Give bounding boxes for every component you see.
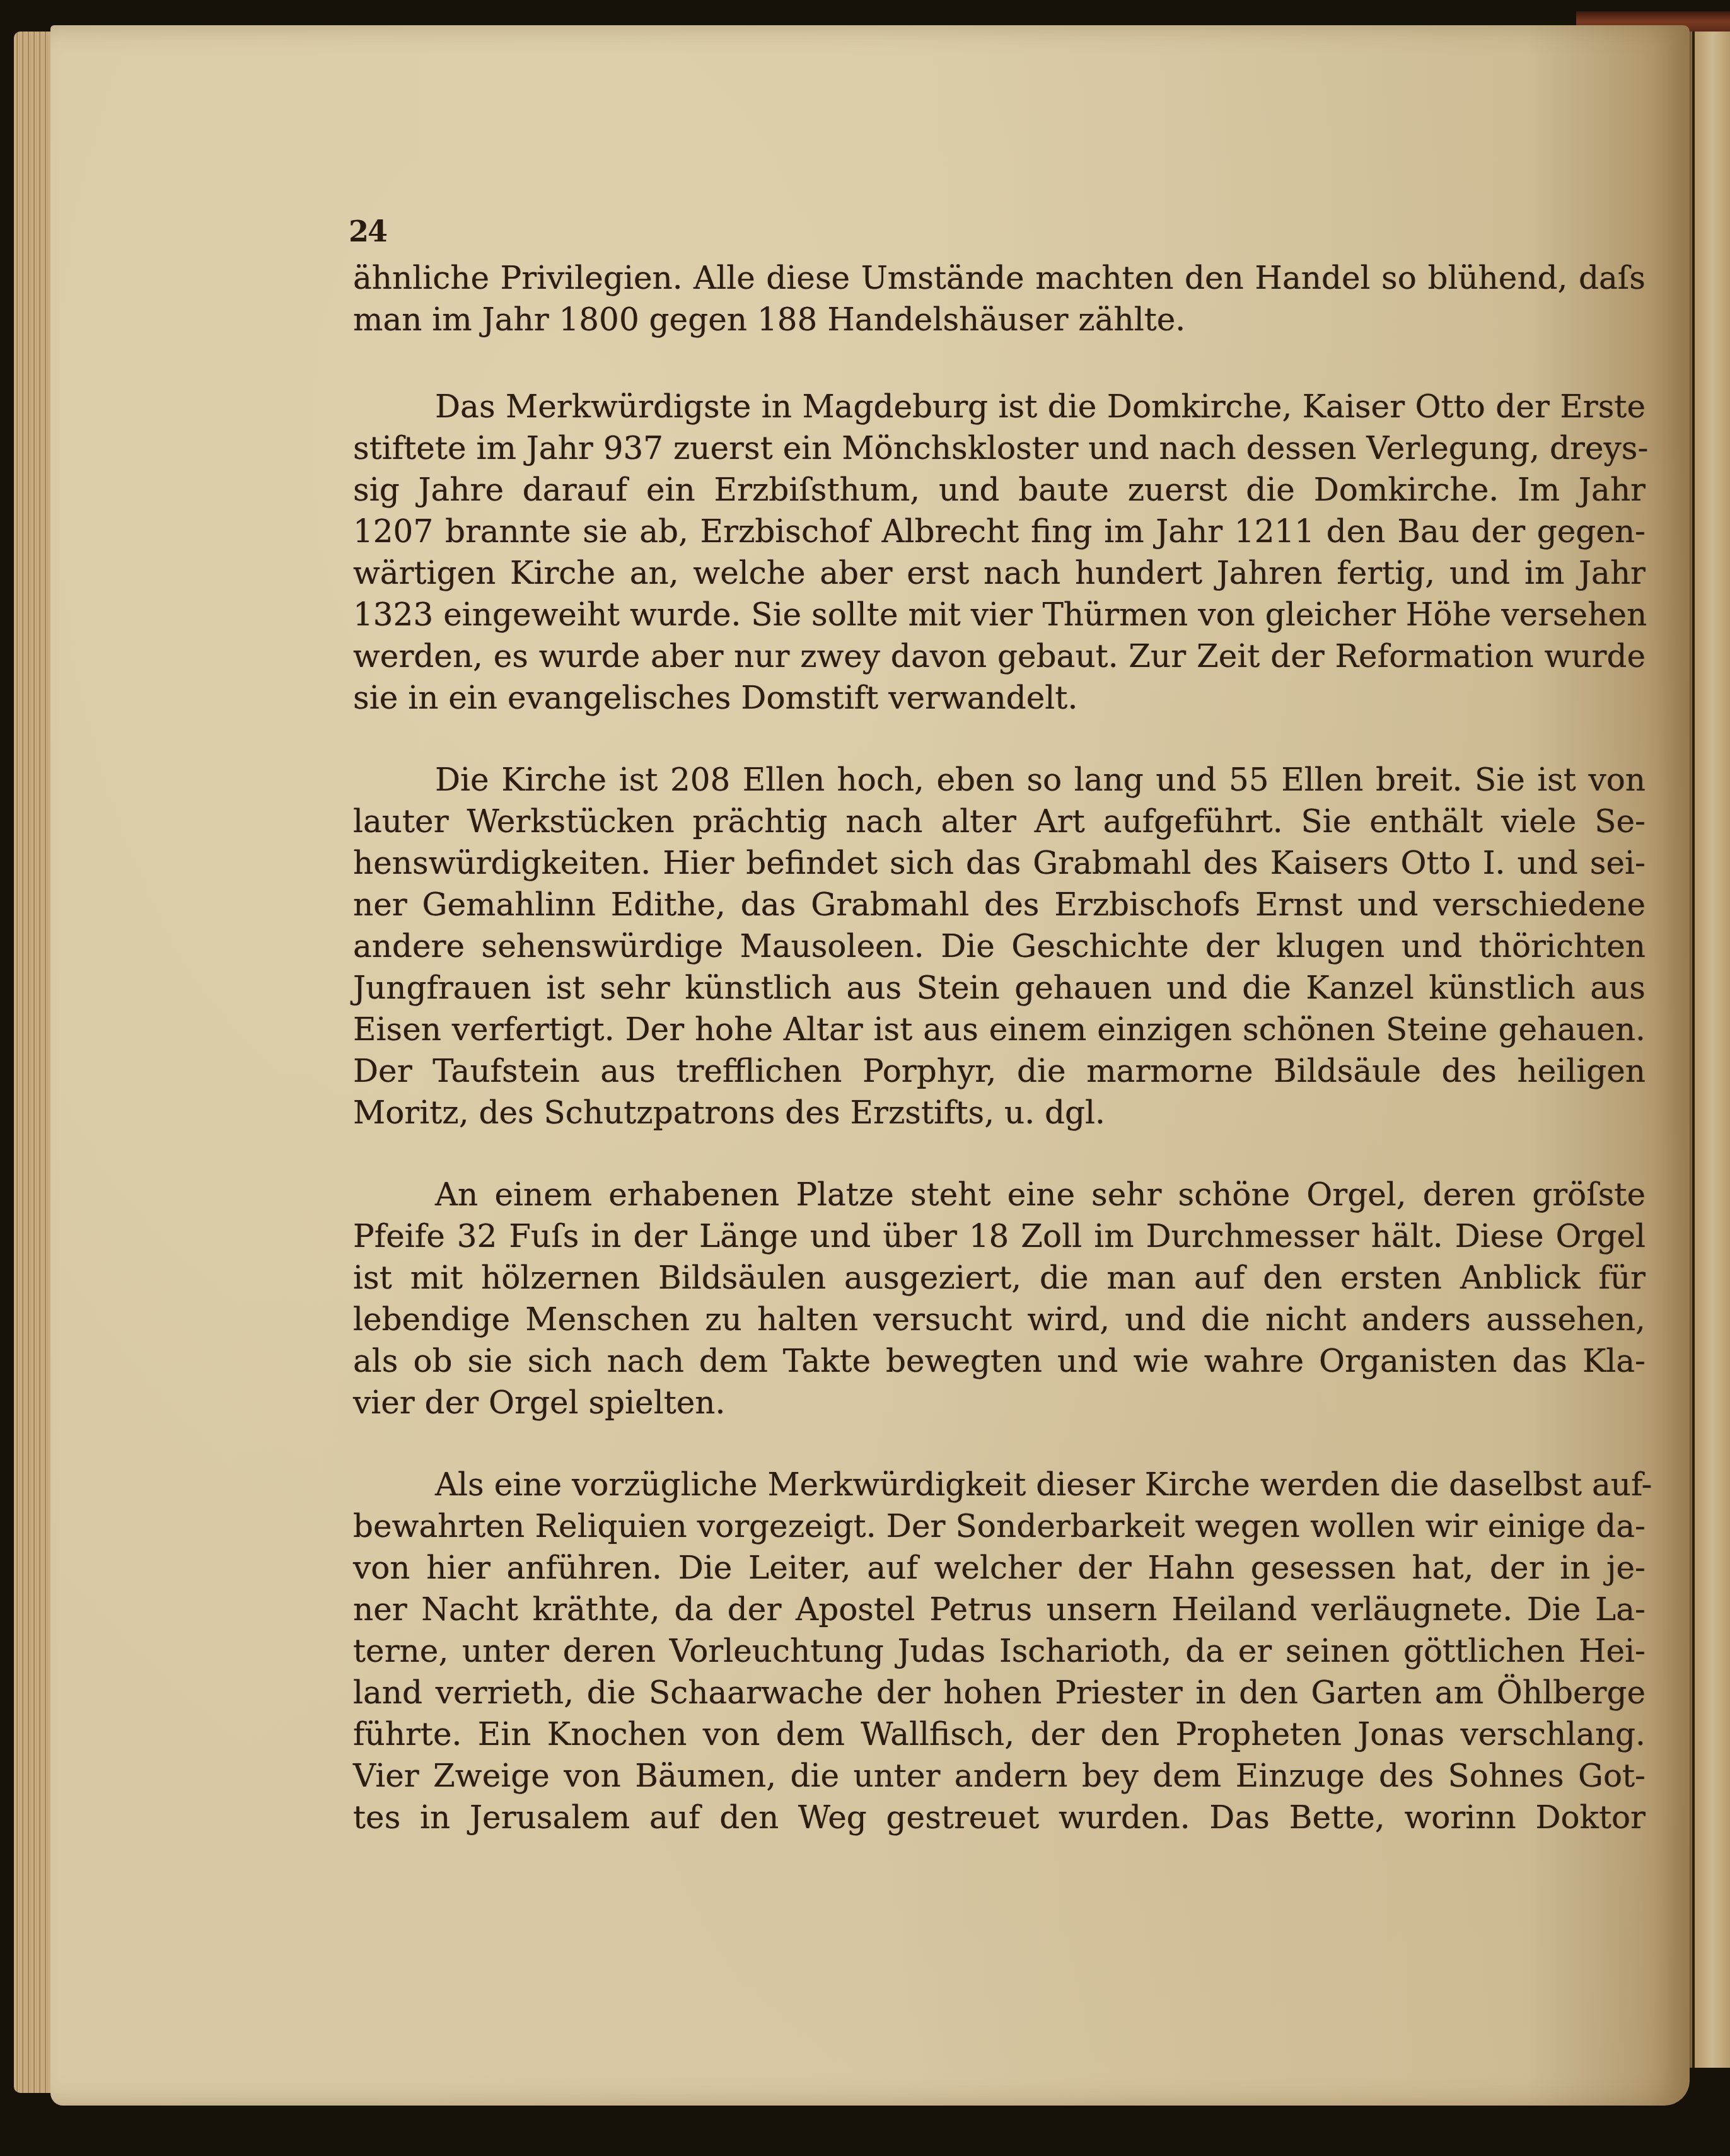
text-line: henswürdigkeiten. Hier befindet sich das… [353, 842, 1646, 884]
text-line: ähnliche Privilegien. Alle diese Umständ… [353, 257, 1646, 299]
text-line: 1207 brannte sie ab, Erzbischof Albrecht… [353, 511, 1646, 552]
text-line: man im Jahr 1800 gegen 188 Handelshäuser… [353, 299, 1646, 340]
text-line: Eisen verfertigt. Der hohe Altar ist aus… [353, 1009, 1646, 1050]
text-line: Vier Zweige von Bäumen, die unter andern… [353, 1755, 1646, 1797]
text-line: sig Jahre darauf ein Erzbiſsthum, und ba… [353, 469, 1646, 511]
text-line: terne, unter deren Vorleuchtung Judas Is… [353, 1630, 1646, 1672]
text-line: Die Kirche ist 208 Ellen hoch, eben so l… [353, 759, 1646, 801]
paragraph: Als eine vorzügliche Merkwürdigkeit dies… [353, 1464, 1646, 1838]
text-line: Moritz, des Schutzpatrons des Erzstifts,… [353, 1092, 1646, 1133]
text-line: ner Gemahlinn Edithe, das Grabmahl des E… [353, 884, 1646, 925]
text-line: An einem erhabenen Platze steht eine seh… [353, 1174, 1646, 1215]
text-line: andere sehenswürdige Mausoleen. Die Gesc… [353, 925, 1646, 967]
text-line: als ob sie sich nach dem Takte bewegten … [353, 1340, 1646, 1382]
text-line: lauter Werkstücken prächtig nach alter A… [353, 801, 1646, 842]
paragraph: ähnliche Privilegien. Alle diese Umständ… [353, 257, 1646, 340]
text-line: stiftete im Jahr 937 zuerst ein Mönchskl… [353, 427, 1646, 469]
text-line: bewahrten Reliquien vorgezeigt. Der Sond… [353, 1505, 1646, 1547]
text-line: Als eine vorzügliche Merkwürdigkeit dies… [353, 1464, 1646, 1505]
text-line: lebendige Menschen zu halten versucht wi… [353, 1299, 1646, 1340]
book-fold-line [1692, 32, 1695, 2068]
paragraph: Die Kirche ist 208 Ellen hoch, eben so l… [353, 759, 1646, 1133]
text-line: Jungfrauen ist sehr künstlich aus Stein … [353, 967, 1646, 1009]
paragraph: An einem erhabenen Platze steht eine seh… [353, 1174, 1646, 1423]
text-line: Der Taufstein aus trefflichen Porphyr, d… [353, 1050, 1646, 1092]
text-line: von hier anführen. Die Leiter, auf welch… [353, 1547, 1646, 1589]
page-number: 24 [349, 214, 386, 248]
text-line: ner Nacht kräthte, da der Apostel Petrus… [353, 1589, 1646, 1630]
text-line: land verrieth, die Schaarwache der hohen… [353, 1672, 1646, 1713]
text-line: führte. Ein Knochen von dem Wallfisch, d… [353, 1713, 1646, 1755]
text-line: 1323 eingeweiht wurde. Sie sollte mit vi… [353, 594, 1646, 635]
text-line: Pfeife 32 Fuſs in der Länge und über 18 … [353, 1215, 1646, 1257]
text-line: tes in Jerusalem auf den Weg gestreuet w… [353, 1797, 1646, 1838]
page-stack-edge [14, 32, 54, 2093]
text-line: Das Merkwürdigste in Magdeburg ist die D… [353, 386, 1646, 427]
page-body-text: ähnliche Privilegien. Alle diese Umständ… [353, 257, 1646, 1879]
text-line: wärtigen Kirche an, welche aber erst nac… [353, 552, 1646, 594]
paragraph: Das Merkwürdigste in Magdeburg ist die D… [353, 386, 1646, 719]
text-line: ist mit hölzernen Bildsäulen ausgeziert,… [353, 1257, 1646, 1299]
text-line: vier der Orgel spielten. [353, 1382, 1646, 1423]
text-line: werden, es wurde aber nur zwey davon geb… [353, 635, 1646, 677]
text-line: sie in ein evangelisches Domstift verwan… [353, 677, 1646, 719]
